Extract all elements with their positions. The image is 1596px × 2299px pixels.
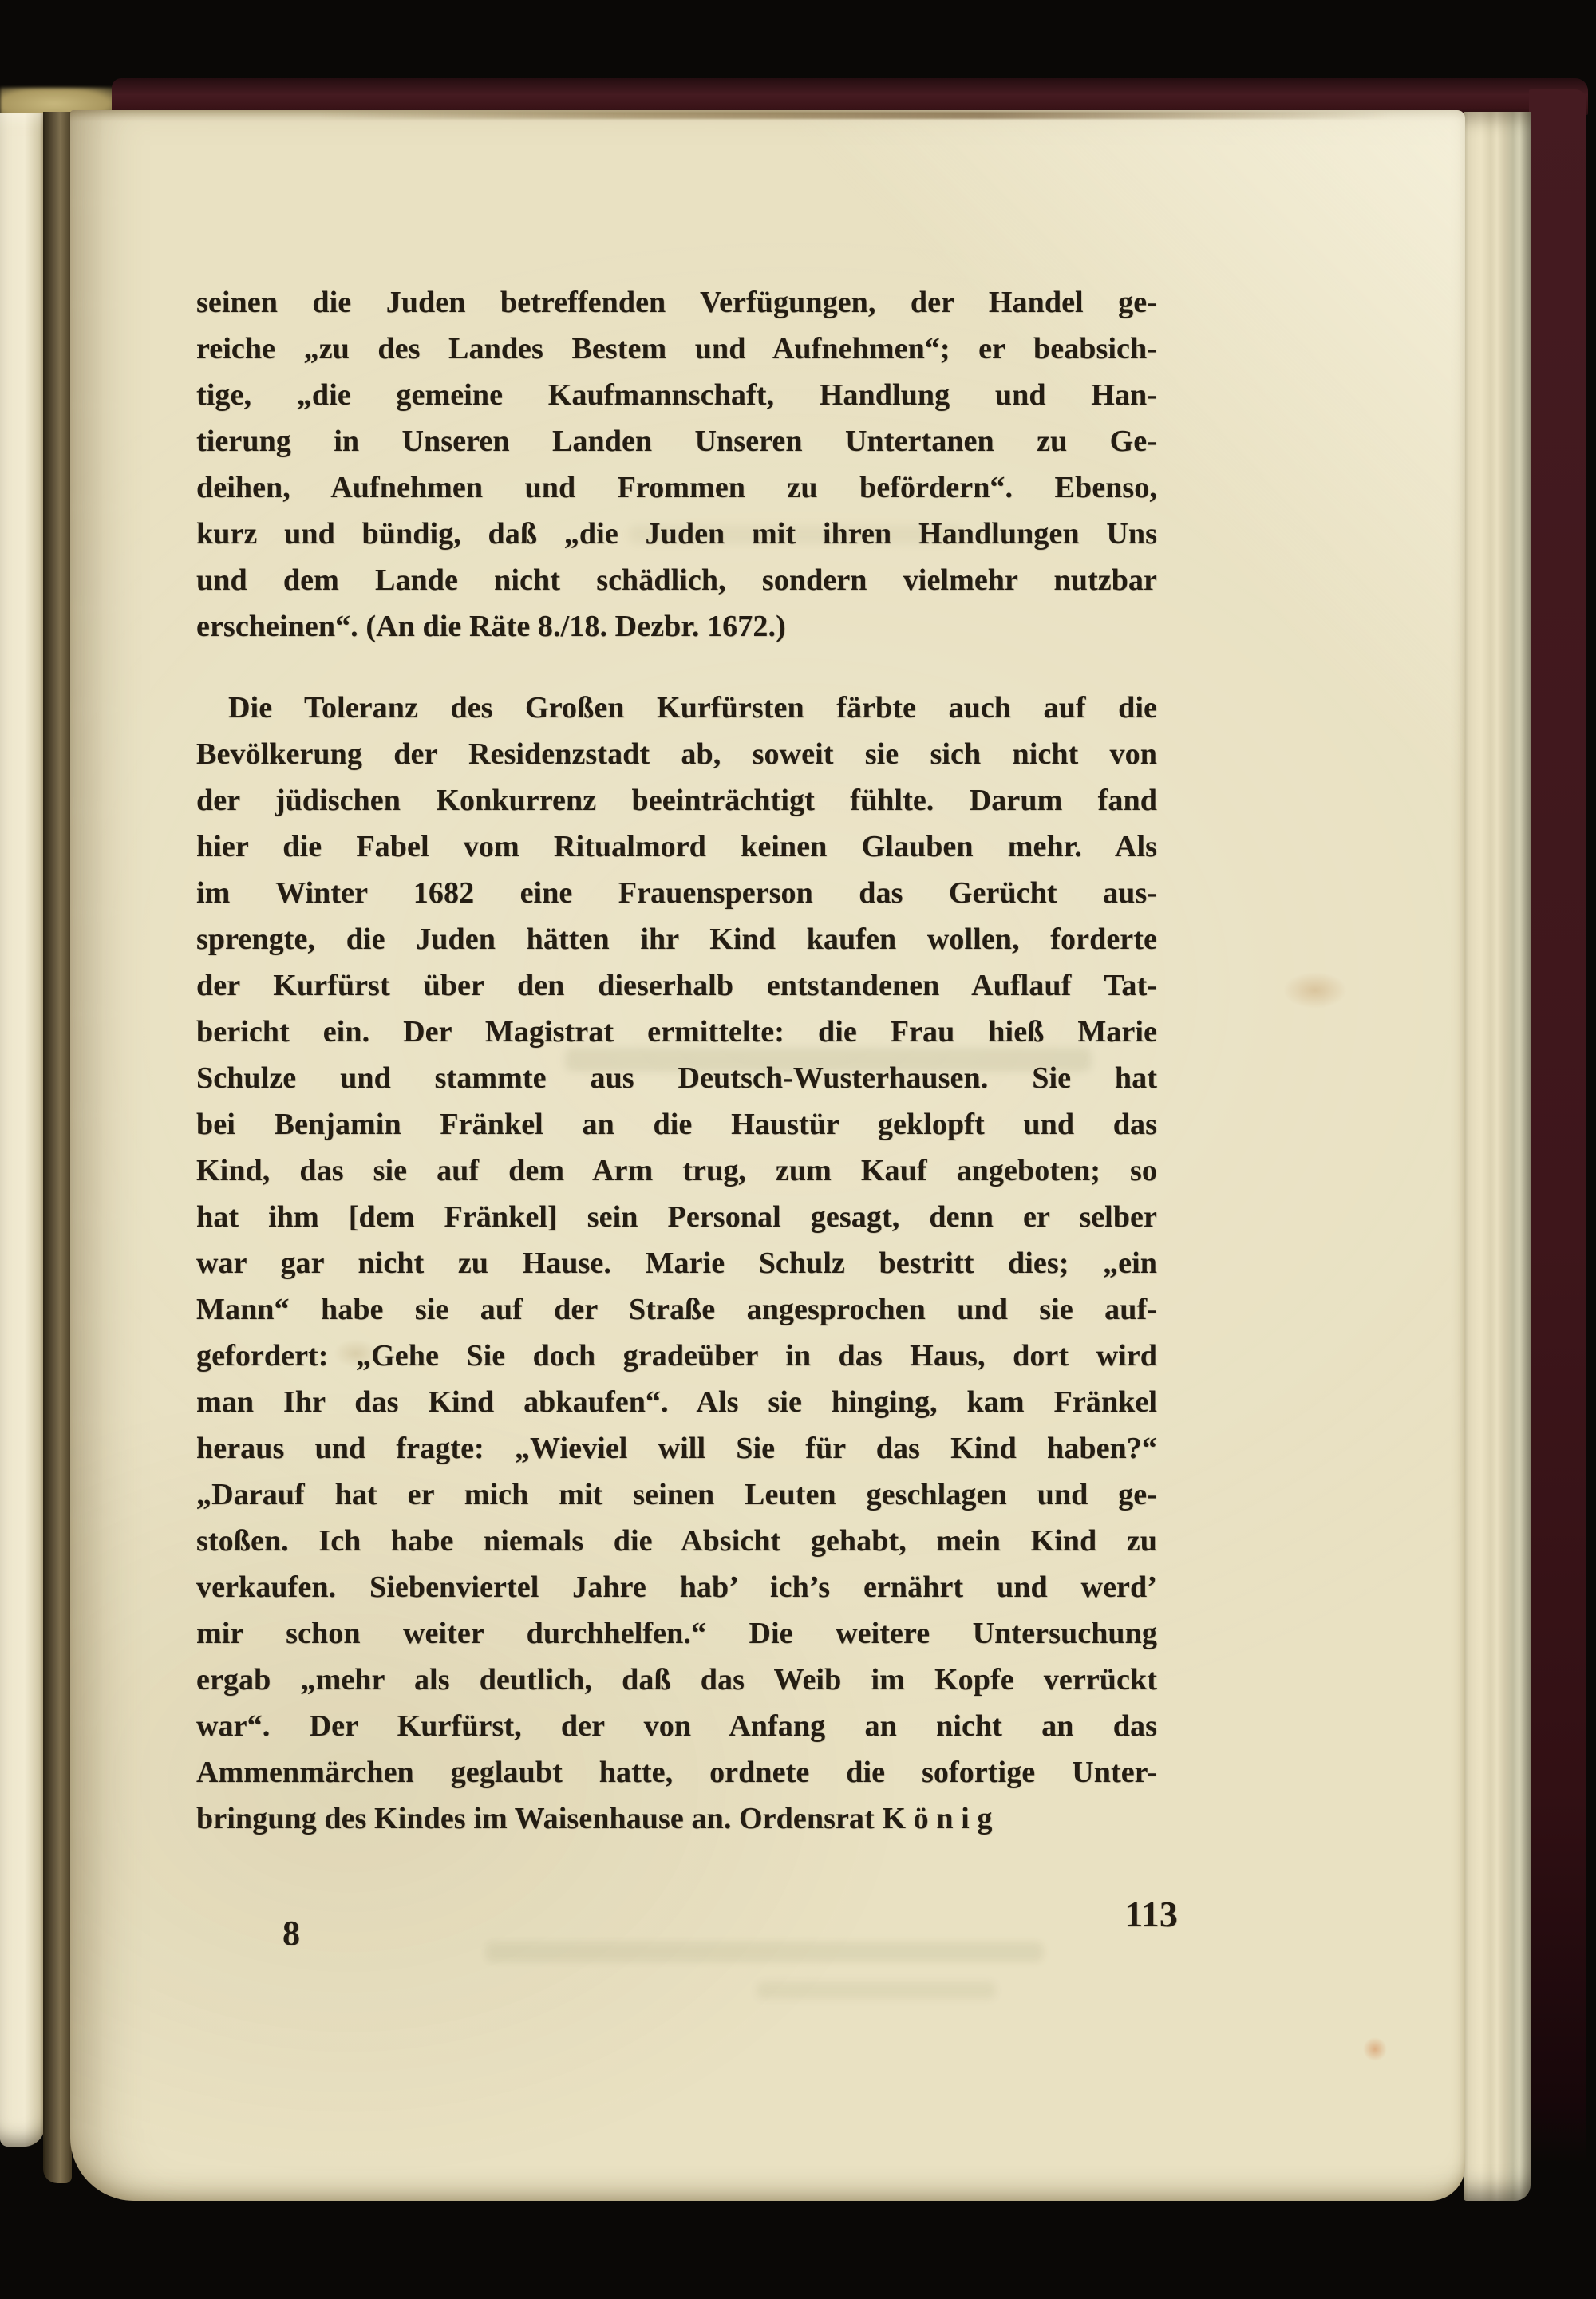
- text-line: war gar nicht zu Hause. Marie Schulz bes…: [196, 1240, 1157, 1286]
- scanned-book-photo: { "content": { "paragraphs": [ { "indent…: [0, 0, 1596, 2299]
- text-line: heraus und fragte: „Wieviel will Sie für…: [196, 1425, 1157, 1471]
- text-line: erscheinen“. (An die Räte 8./18. Dezbr. …: [196, 603, 1157, 650]
- text-line: hat ihm [dem Fränkel] sein Personal gesa…: [196, 1194, 1157, 1240]
- page-footer: 8 113: [196, 1891, 1157, 1955]
- page-edge-stack: [1464, 112, 1531, 2201]
- body-paragraph: seinen die Juden betreffenden Verfügunge…: [196, 279, 1157, 650]
- text-line: Mann“ habe sie auf der Straße angesproch…: [196, 1286, 1157, 1333]
- paper-stain: [1283, 972, 1347, 1009]
- book-page: seinen die Juden betreffenden Verfügunge…: [70, 110, 1465, 2201]
- body-paragraph: Die Toleranz des Großen Kurfürsten färbt…: [196, 685, 1157, 1842]
- previous-page-edge: [0, 113, 45, 2147]
- text-line: tige, „die gemeine Kaufmannschaft, Handl…: [196, 372, 1157, 418]
- text-block: seinen die Juden betreffenden Verfügunge…: [196, 279, 1157, 1955]
- book-cover-right-edge: [1529, 89, 1586, 2164]
- text-line: im Winter 1682 eine Frauensperson das Ge…: [196, 870, 1157, 916]
- text-line: tierung in Unseren Landen Unseren Untert…: [196, 418, 1157, 464]
- signature-number: 8: [282, 1910, 300, 1957]
- text-line: Die Toleranz des Großen Kurfürsten färbt…: [196, 685, 1157, 731]
- text-line: mir schon weiter durchhelfen.“ Die weite…: [196, 1610, 1157, 1657]
- text-line: seinen die Juden betreffenden Verfügunge…: [196, 279, 1157, 326]
- text-line: war“. Der Kurfürst, der von Anfang an ni…: [196, 1703, 1157, 1749]
- text-line: stoßen. Ich habe niemals die Absicht geh…: [196, 1518, 1157, 1564]
- text-line: der jüdischen Konkurrenz beeinträchtigt …: [196, 777, 1157, 824]
- text-line: bericht ein. Der Magistrat ermittelte: d…: [196, 1009, 1157, 1055]
- text-line: der Kurfürst über den dieserhalb entstan…: [196, 962, 1157, 1009]
- text-line: kurz und bündig, daß „die Juden mit ihre…: [196, 511, 1157, 557]
- page-number: 113: [1124, 1891, 1178, 1938]
- paper-stain: [1363, 2037, 1387, 2061]
- text-line: man Ihr das Kind abkaufen“. Als sie hing…: [196, 1379, 1157, 1425]
- text-line: sprengte, die Juden hätten ihr Kind kauf…: [196, 916, 1157, 962]
- text-line: bei Benjamin Fränkel an die Haustür gekl…: [196, 1101, 1157, 1148]
- text-line: ergab „mehr als deutlich, daß das Weib i…: [196, 1657, 1157, 1703]
- text-line: reiche „zu des Landes Bestem und Aufnehm…: [196, 326, 1157, 372]
- text-line: deihen, Aufnehmen und Frommen zu beförde…: [196, 464, 1157, 511]
- text-line: verkaufen. Siebenviertel Jahre hab’ ich’…: [196, 1564, 1157, 1610]
- text-line: hier die Fabel vom Ritualmord keinen Gla…: [196, 824, 1157, 870]
- text-line: Schulze und stammte aus Deutsch-Wusterha…: [196, 1055, 1157, 1101]
- text-line: gefordert: „Gehe Sie doch gradeüber in d…: [196, 1333, 1157, 1379]
- top-edge-foxing: [319, 112, 1389, 119]
- show-through-ghost: [757, 1981, 996, 1999]
- text-line: Ammenmärchen geglaubt hatte, ordnete die…: [196, 1749, 1157, 1795]
- text-line: bringung des Kindes im Waisenhause an. O…: [196, 1795, 1157, 1842]
- text-line: Kind, das sie auf dem Arm trug, zum Kauf…: [196, 1148, 1157, 1194]
- text-line: Bevölkerung der Residenzstadt ab, soweit…: [196, 731, 1157, 777]
- page-gutter-shadow: [43, 112, 72, 2183]
- text-line: und dem Lande nicht schädlich, sondern v…: [196, 557, 1157, 603]
- text-line: „Darauf hat er mich mit seinen Leuten ge…: [196, 1471, 1157, 1518]
